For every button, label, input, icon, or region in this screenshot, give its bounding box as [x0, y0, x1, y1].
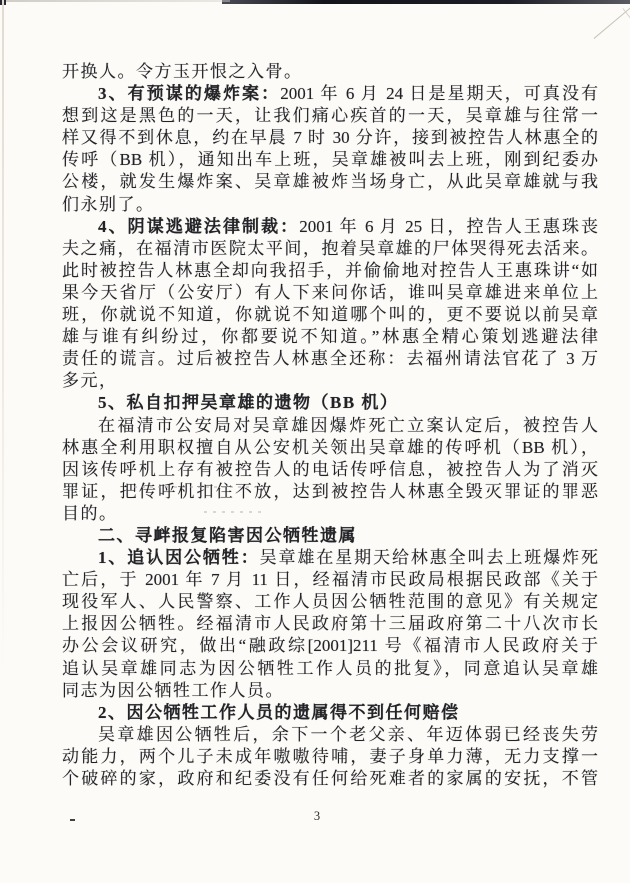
- body-text: 多元，: [62, 371, 118, 390]
- heading-text: 4、阴谋逃避法律制裁：: [98, 217, 299, 236]
- text-line: 传呼（BB 机），通知出车上班，吴章雄被叫去上班，刚到纪委办: [62, 149, 598, 171]
- text-line: 罪证，把传呼机扣住不放，达到被控告人林惠全毁灭罪证的罪恶: [62, 481, 598, 503]
- page-number: 3: [0, 809, 630, 824]
- body-text: 雄与谁有纠纷过，你都要说不知道。”林惠全精心策划逃避法律: [62, 327, 598, 346]
- body-text: 罪证，把传呼机扣住不放，达到被控告人林惠全毁灭罪证的罪恶: [62, 482, 598, 501]
- text-line: 4、阴谋逃避法律制裁：2001 年 6 月 25 日，控告人王惠珠丧: [62, 216, 598, 238]
- body-text: 们永别了。: [62, 195, 155, 214]
- body-text: 因该传呼机上存有被控告人的电话传呼信息，被控告人为了消灭: [62, 460, 598, 479]
- body-text: 动能力，两个儿子未成年嗷嗷待哺，妻子身单力薄，无力支撑一: [62, 747, 598, 766]
- body-text: 个破碎的家，政府和纪委没有任何给死难者的家属的安抚，不管: [62, 769, 598, 788]
- text-line: 个破碎的家，政府和纪委没有任何给死难者的家属的安抚，不管: [62, 768, 598, 790]
- body-text: 公楼，就发生爆炸案、吴章雄被炸当场身亡，从此吴章雄就与我: [62, 172, 598, 191]
- text-line: 追认吴章雄同志为因公牺牲工作人员的批复》，同意追认吴章雄: [62, 658, 598, 680]
- text-line: 想到这是黑色的一天，让我们痛心疾首的一天，吴章雄与往常一: [62, 105, 598, 127]
- body-text: 办公会议研究，做出“融政综[2001]211 号《福清市人民政府关于: [62, 636, 598, 655]
- body-text: 夫之痛，在福清市医院太平间，抱着吴章雄的尸体哭得死去活来。: [62, 239, 598, 258]
- text-line: 3、有预谋的爆炸案：2001 年 6 月 24 日是星期天，可真没有: [62, 83, 598, 105]
- body-text: 林惠全利用职权擅自从公安机关领出吴章雄的传呼机（BB 机），: [62, 438, 598, 457]
- body-text: 责任的谎言。过后被控告人林惠全还称：去福州请法官花了 3 万: [62, 349, 598, 368]
- text-line: 在福清市公安局对吴章雄因爆炸死亡立案认定后，被控告人: [62, 415, 598, 437]
- scan-smudge: [134, 486, 262, 488]
- text-line: 们永别了。: [62, 194, 598, 216]
- body-text: 想到这是黑色的一天，让我们痛心疾首的一天，吴章雄与往常一: [62, 106, 598, 125]
- text-line: 2、因公牺牲工作人员的遗属得不到任何赔偿: [62, 702, 598, 724]
- text-line: 此时被控告人林惠全却向我招手，并偷偷地对控告人王惠珠讲“如: [62, 260, 598, 282]
- page-left-edge-shadow: [2, 0, 4, 670]
- text-line: 雄与谁有纠纷过，你都要说不知道。”林惠全精心策划逃避法律: [62, 326, 598, 348]
- body-text: 开换人。令方玉开恨之入骨。: [62, 62, 303, 81]
- text-line: 公楼，就发生爆炸案、吴章雄被炸当场身亡，从此吴章雄就与我: [62, 171, 598, 193]
- heading-text: 1、追认因公牺牲：: [98, 548, 260, 567]
- body-text: 吴章雄在星期天给林惠全叫去上班爆炸死: [260, 548, 598, 567]
- heading-text: 3、有预谋的爆炸案：: [98, 84, 280, 103]
- body-text: 传呼（BB 机），通知出车上班，吴章雄被叫去上班，刚到纪委办: [62, 150, 598, 169]
- text-line: 果今天省厅（公安厅）有人下来问你话，谁叫吴章雄进来单位上: [62, 282, 598, 304]
- text-line: 吴章雄因公牺牲后，余下一个老父亲、年迈体弱已经丧失劳: [62, 724, 598, 746]
- body-text: 同志为因公牺牲工作人员。: [62, 681, 284, 700]
- scanner-top-edge-band: [222, 0, 630, 4]
- body-text: 追认吴章雄同志为因公牺牲工作人员的批复》，同意追认吴章雄: [62, 659, 598, 678]
- body-text: 样又得不到休息，约在早晨 7 时 30 分许，接到被控告人林惠全的: [62, 128, 598, 147]
- text-line: 多元，: [62, 370, 598, 392]
- scanner-top-edge-shadow: [0, 0, 230, 2]
- text-line: 夫之痛，在福清市医院太平间，抱着吴章雄的尸体哭得死去活来。: [62, 238, 598, 260]
- scan-smudge: [204, 511, 262, 513]
- body-text: 目的。: [62, 504, 118, 523]
- text-line: 林惠全利用职权擅自从公安机关领出吴章雄的传呼机（BB 机），: [62, 437, 598, 459]
- body-text: 果今天省厅（公安厅）有人下来问你话，谁叫吴章雄进来单位上: [62, 283, 598, 302]
- text-line: 因该传呼机上存有被控告人的电话传呼信息，被控告人为了消灭: [62, 459, 598, 481]
- body-text: 班，你就说不知道，你就说不知道哪个叫的，更不要说以前吴章: [62, 305, 598, 324]
- body-text: 上报因公牺牲。经福清市人民政府第十三届政府第二十八次市长: [62, 614, 598, 633]
- text-line: 目的。: [62, 503, 598, 525]
- body-text: 亡后，于 2001 年 7 月 11 日，经福清市民政局根据民政部《关于: [62, 570, 598, 589]
- heading-text: 2、因公牺牲工作人员的遗属得不到任何赔偿: [98, 703, 460, 722]
- body-text: 在福清市公安局对吴章雄因爆炸死亡立案认定后，被控告人: [98, 416, 598, 435]
- text-line: 办公会议研究，做出“融政综[2001]211 号《福清市人民政府关于: [62, 635, 598, 657]
- text-line: 1、追认因公牺牲：吴章雄在星期天给林惠全叫去上班爆炸死: [62, 547, 598, 569]
- body-text: 此时被控告人林惠全却向我招手，并偷偷地对控告人王惠珠讲“如: [62, 261, 598, 280]
- text-line: 样又得不到休息，约在早晨 7 时 30 分许，接到被控告人林惠全的: [62, 127, 598, 149]
- scanned-document-page: 开换人。令方玉开恨之入骨。3、有预谋的爆炸案：2001 年 6 月 24 日是星…: [0, 0, 630, 883]
- body-text: 2001 年 6 月 24 日是星期天，可真没有: [280, 84, 598, 103]
- text-line: 开换人。令方玉开恨之入骨。: [62, 61, 598, 83]
- body-text: 吴章雄因公牺牲后，余下一个老父亲、年迈体弱已经丧失劳: [98, 725, 598, 744]
- text-line: 亡后，于 2001 年 7 月 11 日，经福清市民政局根据民政部《关于: [62, 569, 598, 591]
- document-body: 开换人。令方玉开恨之入骨。3、有预谋的爆炸案：2001 年 6 月 24 日是星…: [62, 61, 598, 790]
- text-line: 5、私自扣押吴章雄的遗物（BB 机）: [62, 392, 598, 414]
- text-line: 上报因公牺牲。经福清市人民政府第十三届政府第二十八次市长: [62, 613, 598, 635]
- body-text: 现役军人、人民警察、工作人员因公牺牲范围的意见》有关规定: [62, 592, 598, 611]
- text-line: 同志为因公牺牲工作人员。: [62, 680, 598, 702]
- text-line: 二、寻衅报复陷害因公牺牲遗属: [62, 525, 598, 547]
- text-line: 责任的谎言。过后被控告人林惠全还称：去福州请法官花了 3 万: [62, 348, 598, 370]
- text-line: 现役军人、人民警察、工作人员因公牺牲范围的意见》有关规定: [62, 591, 598, 613]
- text-line: 动能力，两个儿子未成年嗷嗷待哺，妻子身单力薄，无力支撑一: [62, 746, 598, 768]
- text-line: 班，你就说不知道，你就说不知道哪个叫的，更不要说以前吴章: [62, 304, 598, 326]
- heading-text: 5、私自扣押吴章雄的遗物（BB 机）: [98, 393, 398, 412]
- heading-text: 二、寻衅报复陷害因公牺牲遗属: [98, 526, 357, 545]
- body-text: 2001 年 6 月 25 日，控告人王惠珠丧: [299, 217, 598, 236]
